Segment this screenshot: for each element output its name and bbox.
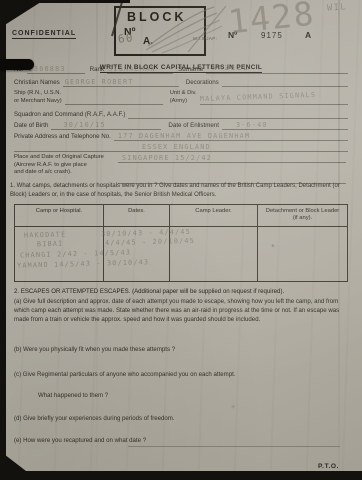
question2c-text: (c) Give Regimental particulars of anyon… <box>14 370 348 379</box>
answer-line <box>128 446 340 447</box>
decorations-field <box>222 77 348 87</box>
camps-table-header: Camp or Hospital. Dates. Camp Leader. De… <box>15 205 347 227</box>
header-camp-or-hospital: Camp or Hospital. <box>15 205 103 226</box>
paper-crease <box>338 0 340 480</box>
surname-field: HAZELL <box>206 64 348 74</box>
address-value-line2: ESSEX ENGLAND <box>142 143 211 151</box>
camps-table: Camp or Hospital. Dates. Camp Leader. De… <box>14 204 348 282</box>
rank-value: SIGNALMAN <box>108 65 156 73</box>
question1-text: 1. What camps, detachments or hospitals … <box>10 182 354 201</box>
no-field: 2368883 <box>27 64 85 74</box>
header-detachment-leader: Detachment or Block Leader (if any). <box>257 205 347 226</box>
enlistment-field: 3-6-40 <box>222 120 348 130</box>
stray-pencil-mark: + <box>231 403 236 411</box>
rank-field: SIGNALMAN <box>107 64 173 74</box>
dates-entry-2: 4/4/45 - 20/10/45 <box>105 237 195 247</box>
row-christian-decorations: Christian Names GEORGE ROBERT Decoration… <box>14 77 348 87</box>
address-field-line1: 177 DAGENHAM AVE DAGENHAM <box>114 131 348 141</box>
header-camp-leader: Camp Leader. <box>169 205 257 226</box>
pto-label: P.T.O. <box>318 463 339 470</box>
stamp-block-text: BLOCK <box>127 10 186 24</box>
stamp-block-letter: A. <box>143 36 153 47</box>
squadron-label: Squadron and Command (R.A.F., A.A.F.) <box>14 111 128 119</box>
photo-corner-top-left <box>0 0 44 28</box>
camp-entry-3: CHANGI 2/42 - 14/5/43 <box>20 249 131 260</box>
question2-heading: 2. ESCAPES OR ATTEMPTED ESCAPES. (Additi… <box>14 287 348 296</box>
question2c2-text: What happened to them ? <box>38 391 238 400</box>
camps-table-body: HAKODATE 30/10/43 - 4/4/45 BIBAI 4/4/45 … <box>15 227 347 281</box>
unit-label: Unit & Div. (Army) <box>163 90 200 105</box>
camp-entry-4: YAMANO 14/5/43 - 30/10/43 <box>17 258 149 269</box>
capture-label-line1: Place and Date of Original Capture <box>14 154 114 162</box>
ship-label: Ship (R.N., U.S.N. or Merchant Navy) <box>14 90 65 105</box>
capture-field: SINGAPORE 15/2/42 <box>118 153 346 163</box>
address-value-line1: 177 DAGENHAM AVE DAGENHAM <box>118 132 250 140</box>
document-page: CONFIDENTIAL BLOCK Nº A. 60 M.I.9/JAP: N… <box>0 0 362 480</box>
camp-entry-1: HAKODATE <box>24 230 67 239</box>
capture-value: SINGAPORE 15/2/42 <box>122 154 212 162</box>
no-value: 2368883 <box>29 65 66 73</box>
reference-prefix: M.I.9/JAP: <box>193 36 217 41</box>
squadron-field <box>128 109 348 119</box>
dob-value: 30/10/15 <box>63 121 105 129</box>
christian-names-field: GEORGE ROBERT <box>63 77 179 87</box>
capture-label-line2: (Aircrew R.A.F. to give place <box>14 162 114 170</box>
question2d-text: (d) Give briefly your experiences during… <box>14 414 348 423</box>
address-field-line2: ESSEX ENGLAND <box>14 142 348 152</box>
row-dob-enlistment: Date of Birth 30/10/15 Date of Enlistmen… <box>14 120 348 130</box>
address-label: Private Address and Telephone No. <box>14 133 114 141</box>
capture-label-line3: and date of a/c crash). <box>14 169 114 177</box>
unit-field: MALAYA COMMAND SIGNALS <box>200 95 348 105</box>
photo-edge-bottom <box>0 471 362 480</box>
header-dates: Dates. <box>103 205 169 226</box>
photo-edge-left <box>0 0 6 480</box>
christian-names-value: GEORGE ROBERT <box>65 78 134 86</box>
ship-field <box>65 95 163 105</box>
paper-crease <box>96 0 98 480</box>
surname-label: Surname <box>173 66 206 74</box>
pencil-corner-note: WIL <box>327 2 348 13</box>
christian-names-label: Christian Names <box>14 79 63 87</box>
row-squadron: Squadron and Command (R.A.F., A.A.F.) <box>14 109 348 119</box>
camp-entry-2: BIBAI <box>37 240 64 249</box>
decorations-label: Decorations <box>179 79 222 87</box>
enlistment-label: Date of Enlistment <box>161 122 222 130</box>
enlistment-value: 3-6-40 <box>236 121 268 129</box>
row-address: Private Address and Telephone No. 177 DA… <box>14 131 348 141</box>
binder-clip <box>0 59 34 70</box>
pencil-case-number: 1428 <box>226 0 317 41</box>
question2e-text: (e) How were you recaptured and on what … <box>14 436 348 445</box>
ship-label-line1: Ship (R.N., U.S.N. <box>14 90 62 98</box>
block-stamp: BLOCK Nº A. 60 <box>114 6 206 56</box>
row-address-line2: ESSEX ENGLAND <box>14 142 348 152</box>
question2b-text: (b) Were you physically fit when you mad… <box>14 345 348 354</box>
unit-label-line1: Unit & Div. <box>170 90 197 98</box>
ship-label-line2: or Merchant Navy) <box>14 98 62 106</box>
unit-value: MALAYA COMMAND SIGNALS <box>199 91 316 104</box>
photo-corner-bottom-left <box>0 451 26 471</box>
unit-label-line2: (Army) <box>170 98 197 106</box>
detachment-mark: * <box>271 243 277 251</box>
table-column-divider <box>257 227 258 281</box>
dob-label: Date of Birth <box>14 122 51 130</box>
row-ship-unit: Ship (R.N., U.S.N. or Merchant Navy) Uni… <box>14 90 348 105</box>
stamp-pencil-number: 60 <box>117 31 134 46</box>
row-number-rank-surname: No. 2368883 Rank SIGNALMAN Surname HAZEL… <box>14 64 348 74</box>
capture-label: Place and Date of Original Capture (Airc… <box>14 154 114 177</box>
question2a-text: (a) Give full description and approx. da… <box>14 297 348 324</box>
classification-label: CONFIDENTIAL <box>12 30 76 39</box>
surname-value: HAZELL <box>212 64 249 73</box>
dob-field: 30/10/15 <box>51 120 161 130</box>
